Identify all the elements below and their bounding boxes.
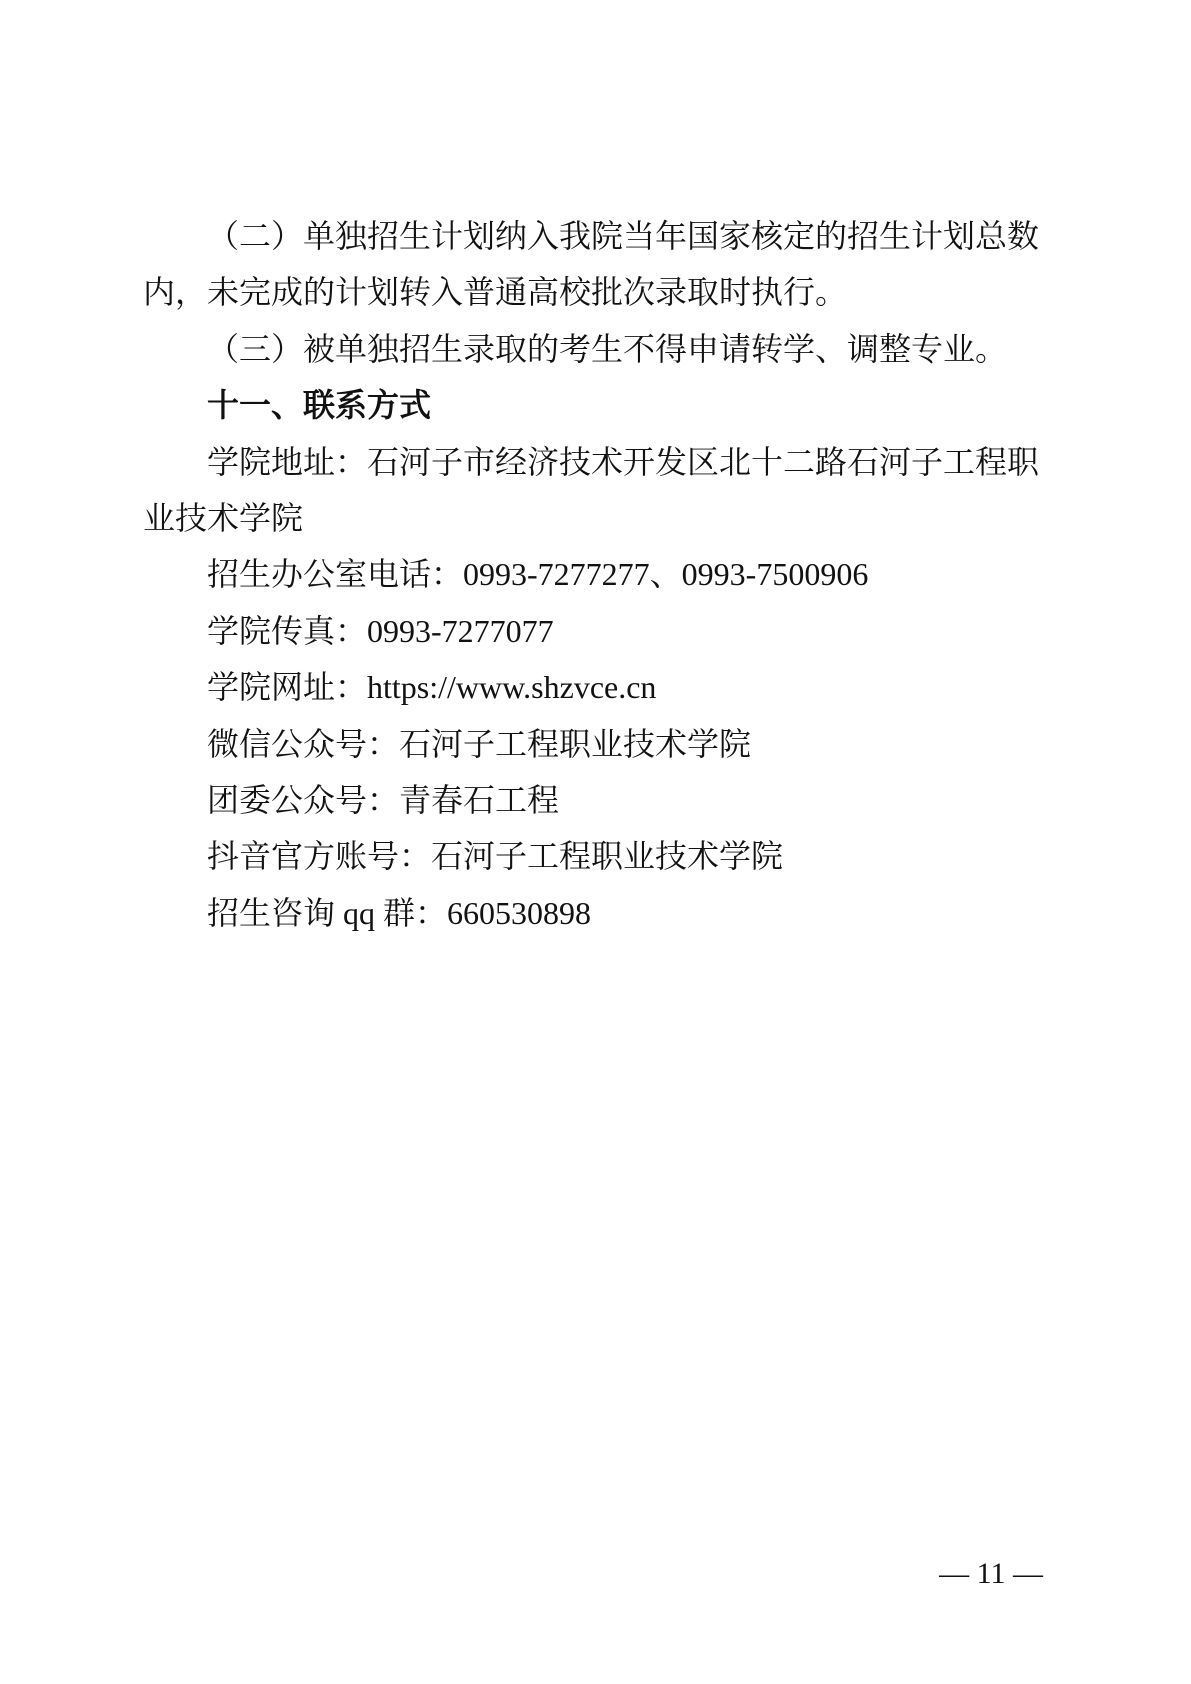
- paragraph-plan-allocation: （二）单独招生计划纳入我院当年国家核定的招生计划总数内，未完成的计划转入普通高校…: [143, 208, 1039, 321]
- paragraph-no-transfer: （三）被单独招生录取的考生不得申请转学、调整专业。: [143, 321, 1039, 377]
- contact-line-youth-league: 团委公众号：青春石工程: [143, 772, 1039, 828]
- contact-line-website: 学院网址：https://www.shzvce.cn: [143, 659, 1039, 715]
- contact-line-fax: 学院传真：0993-7277077: [143, 603, 1039, 659]
- contact-line-address: 学院地址：石河子市经济技术开发区北十二路石河子工程职业技术学院: [143, 434, 1039, 547]
- contact-line-wechat: 微信公众号：石河子工程职业技术学院: [143, 716, 1039, 772]
- page-footer: — 11 —: [939, 1556, 1043, 1592]
- section-heading-contact: 十一、联系方式: [143, 377, 1039, 433]
- contact-line-douyin: 抖音官方账号：石河子工程职业技术学院: [143, 828, 1039, 884]
- contact-line-qq-group: 招生咨询 qq 群：660530898: [143, 885, 1039, 941]
- contact-line-phone: 招生办公室电话：0993-7277277、0993-7500906: [143, 546, 1039, 602]
- document-page: （二）单独招生计划纳入我院当年国家核定的招生计划总数内，未完成的计划转入普通高校…: [0, 0, 1191, 1684]
- document-content: （二）单独招生计划纳入我院当年国家核定的招生计划总数内，未完成的计划转入普通高校…: [0, 0, 1191, 941]
- page-number: — 11 —: [939, 1557, 1043, 1590]
